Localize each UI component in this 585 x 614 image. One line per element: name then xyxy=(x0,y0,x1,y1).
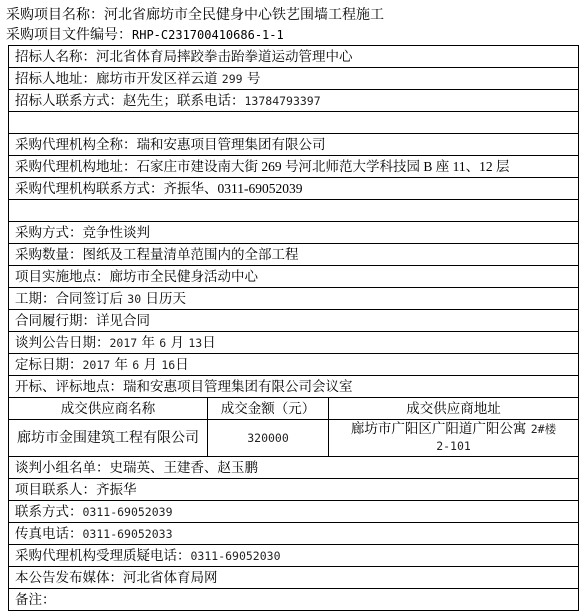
table-row: 合同履行期：详见合同 xyxy=(9,310,579,332)
remarks: 备注： xyxy=(9,589,579,611)
contract-performance: 合同履行期：详见合同 xyxy=(9,310,579,332)
file-number: RHP-C231700410686-1-1 xyxy=(132,28,284,42)
negotiation-panel: 谈判小组名单：史瑞英、王建香、赵玉鹏 xyxy=(9,457,579,479)
complaint-phone-row: 采购代理机构受理质疑电话：0311-69052030 xyxy=(9,545,579,567)
complaint-label: 采购代理机构受理质疑电话： xyxy=(15,548,191,564)
announce-year: 2017 xyxy=(110,336,138,350)
contact-phone-row: 联系方式：0311-69052039 xyxy=(9,501,579,523)
result-row: 廊坊市金围建筑工程有限公司 320000 廊坊市广阳区广阳道广阳公寓 2#楼2-… xyxy=(9,420,579,457)
table-row: 定标日期：2017 年 6 月 16日 xyxy=(9,354,579,376)
contact-phone: 0311-69052039 xyxy=(83,505,173,519)
fax-number: 0311-69052033 xyxy=(83,527,173,541)
result-header-row: 成交供应商名称 成交金额（元） 成交供应商地址 xyxy=(9,398,579,420)
table-row: 项目联系人：齐振华 xyxy=(9,479,579,501)
tenderer-address-suffix: 号 xyxy=(247,71,261,87)
header-supplier-address: 成交供应商地址 xyxy=(329,398,579,420)
table-row: 联系方式：0311-69052039 xyxy=(9,501,579,523)
period-days: 30 xyxy=(127,292,141,306)
announcement-table: 招标人名称：河北省体育局摔跤拳击跆拳道运动管理中心 招标人地址：廊坊市开发区祥云… xyxy=(8,45,579,611)
month-char: 月 xyxy=(144,357,158,373)
period-label: 工期：合同签订后 xyxy=(15,291,123,307)
table-row: 项目实施地点：廊坊市全民健身活动中心 xyxy=(9,266,579,288)
table-row: 采购代理机构联系方式：齐振华、0311-69052039 xyxy=(9,178,579,200)
month-char: 月 xyxy=(171,335,185,351)
table-row: 开标、评标地点：瑞和安惠项目管理集团有限公司会议室 xyxy=(9,376,579,398)
day-char: 日 xyxy=(202,335,216,351)
award-date: 定标日期：2017 年 6 月 16日 xyxy=(9,354,579,376)
amount-value: 320000 xyxy=(247,431,289,445)
contact-label: 联系方式： xyxy=(15,504,83,520)
supplier-address: 廊坊市广阳区广阳道广阳公寓 2#楼2-101 xyxy=(329,420,579,457)
year-char: 年 xyxy=(142,335,156,351)
address-line1: 廊坊市广阳区广阳道广阳公寓 xyxy=(351,421,527,437)
publish-media: 本公告发布媒体：河北省体育局网 xyxy=(9,567,579,589)
supplier-amount: 320000 xyxy=(208,420,329,457)
bid-venue: 开标、评标地点：瑞和安惠项目管理集团有限公司会议室 xyxy=(9,376,579,398)
table-row: 备注： xyxy=(9,589,579,611)
table-row: 传真电话：0311-69052033 xyxy=(9,523,579,545)
agency-address: 采购代理机构地址：石家庄市建设南大街 269 号河北师范大学科技园 B 座 11… xyxy=(9,156,579,178)
tenderer-address: 招标人地址：廊坊市开发区祥云道 299 号 xyxy=(9,68,579,90)
announce-date-label: 谈判公告日期： xyxy=(15,335,110,351)
table-row: 采购方式：竞争性谈判 xyxy=(9,222,579,244)
table-row: 招标人联系方式：赵先生；联系电话：13784793397 xyxy=(9,90,579,112)
header-supplier-name: 成交供应商名称 xyxy=(9,398,208,420)
table-row: 谈判小组名单：史瑞英、王建香、赵玉鹏 xyxy=(9,457,579,479)
tenderer-address-label: 招标人地址：廊坊市开发区祥云道 xyxy=(15,71,218,87)
tenderer-contact: 招标人联系方式：赵先生；联系电话：13784793397 xyxy=(9,90,579,112)
file-number-label: 采购项目文件编号： xyxy=(6,27,132,43)
project-contact: 项目联系人：齐振华 xyxy=(9,479,579,501)
agency-contact: 采购代理机构联系方式：齐振华、0311-69052039 xyxy=(9,178,579,200)
tenderer-address-number: 299 xyxy=(222,72,243,86)
blank-cell xyxy=(9,200,579,222)
negotiation-announce-date: 谈判公告日期：2017 年 6 月 13日 xyxy=(9,332,579,354)
agency-full-name: 采购代理机构全称：瑞和安惠项目管理集团有限公司 xyxy=(9,134,579,156)
procurement-method: 采购方式：竞争性谈判 xyxy=(9,222,579,244)
day-char: 日 xyxy=(175,357,189,373)
award-date-label: 定标日期： xyxy=(15,357,83,373)
table-row: 招标人名称：河北省体育局摔跤拳击跆拳道运动管理中心 xyxy=(9,46,579,68)
award-year: 2017 xyxy=(83,358,111,372)
table-row: 工期：合同签订后 30 日历天 xyxy=(9,288,579,310)
tenderer-name: 招标人名称：河北省体育局摔跤拳击跆拳道运动管理中心 xyxy=(9,46,579,68)
address-room: 2-101 xyxy=(436,439,471,453)
fax-label: 传真电话： xyxy=(15,526,83,542)
table-row-blank xyxy=(9,112,579,134)
construction-period: 工期：合同签订后 30 日历天 xyxy=(9,288,579,310)
announce-day: 13 xyxy=(188,336,202,350)
project-location: 项目实施地点：廊坊市全民健身活动中心 xyxy=(9,266,579,288)
table-row: 谈判公告日期：2017 年 6 月 13日 xyxy=(9,332,579,354)
table-row: 采购代理机构全称：瑞和安惠项目管理集团有限公司 xyxy=(9,134,579,156)
supplier-name: 廊坊市金围建筑工程有限公司 xyxy=(9,420,208,457)
complaint-phone: 0311-69052030 xyxy=(191,549,281,563)
procurement-quantity: 采购数量：图纸及工程量清单范围内的全部工程 xyxy=(9,244,579,266)
table-row: 采购代理机构受理质疑电话：0311-69052030 xyxy=(9,545,579,567)
address-building: 2#楼 xyxy=(531,422,556,436)
year-char: 年 xyxy=(115,357,129,373)
fax-row: 传真电话：0311-69052033 xyxy=(9,523,579,545)
project-name: 河北省廊坊市全民健身中心铁艺围墙工程施工 xyxy=(104,7,384,23)
table-row: 招标人地址：廊坊市开发区祥云道 299 号 xyxy=(9,68,579,90)
table-row: 采购数量：图纸及工程量清单范围内的全部工程 xyxy=(9,244,579,266)
table-row: 采购代理机构地址：石家庄市建设南大街 269 号河北师范大学科技园 B 座 11… xyxy=(9,156,579,178)
tenderer-phone: 13784793397 xyxy=(245,94,321,108)
table-row-blank xyxy=(9,200,579,222)
project-file-number-line: 采购项目文件编号：RHP-C231700410686-1-1 xyxy=(6,25,284,45)
announce-month: 6 xyxy=(159,336,166,350)
award-day: 16 xyxy=(161,358,175,372)
blank-cell xyxy=(9,112,579,134)
project-name-label: 采购项目名称： xyxy=(6,7,104,23)
period-suffix: 日历天 xyxy=(145,291,186,307)
award-month: 6 xyxy=(132,358,139,372)
tenderer-contact-label: 招标人联系方式：赵先生；联系电话： xyxy=(15,93,245,109)
project-name-line: 采购项目名称：河北省廊坊市全民健身中心铁艺围墙工程施工 xyxy=(6,5,384,25)
header-amount: 成交金额（元） xyxy=(208,398,329,420)
table-row: 本公告发布媒体：河北省体育局网 xyxy=(9,567,579,589)
